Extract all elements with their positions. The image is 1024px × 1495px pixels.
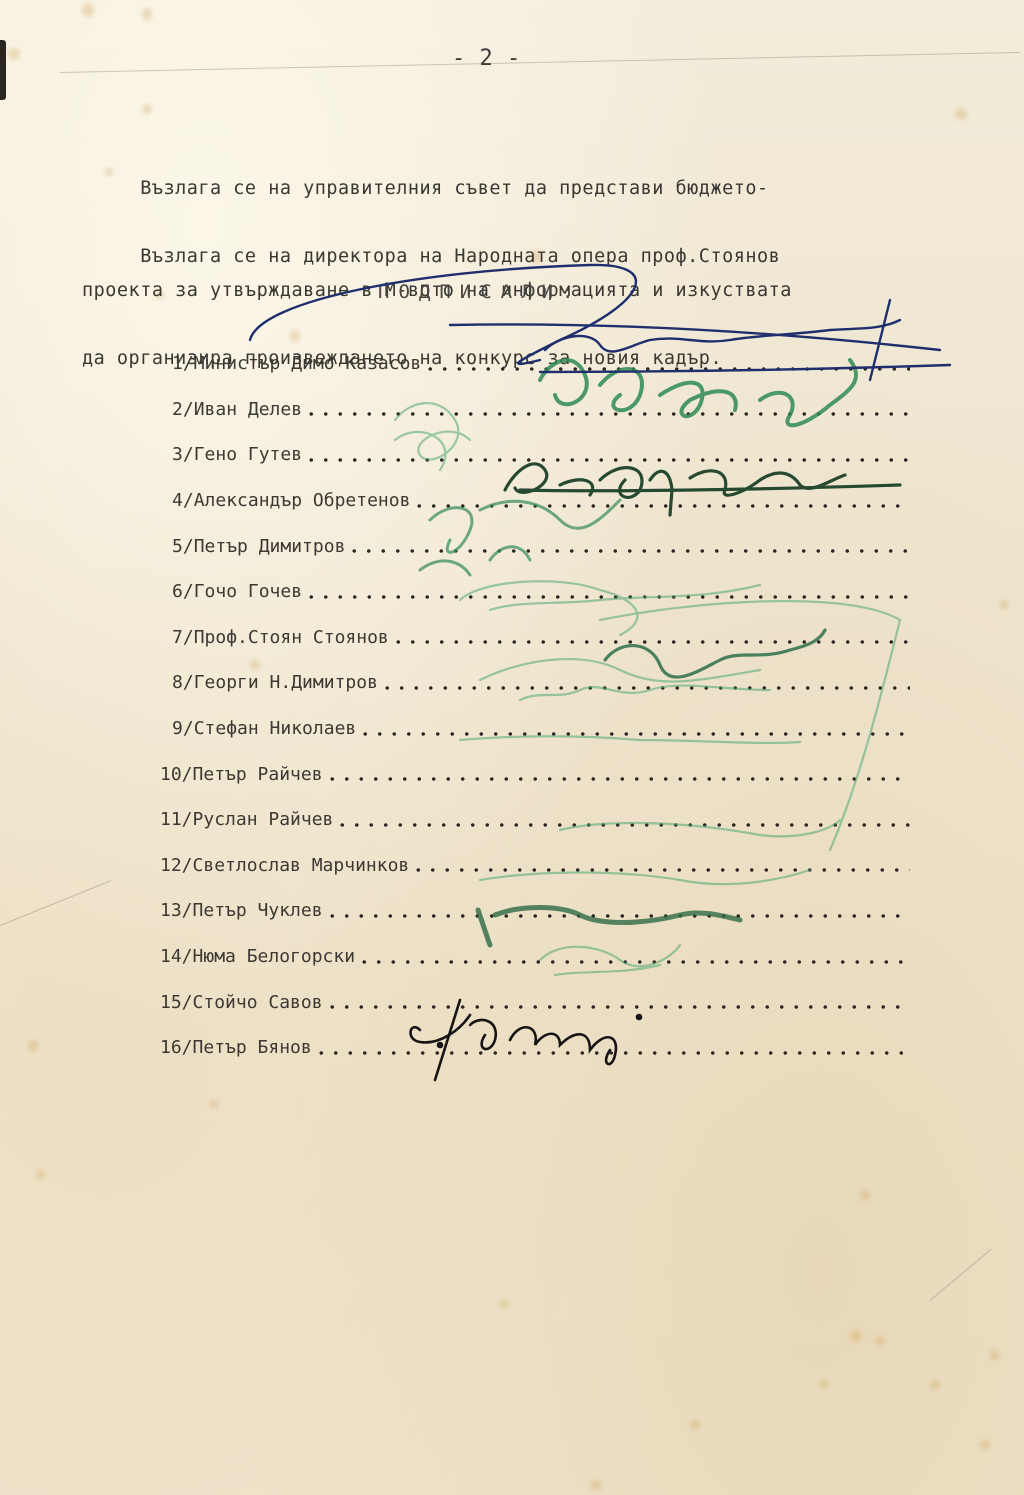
signatory-name: Проф.Стоян Стоянов xyxy=(194,627,389,648)
signatory-row: 12/Светлослав Марчинков xyxy=(160,843,920,889)
signatory-name: Светлослав Марчинков xyxy=(193,855,410,876)
signature-dotted-line xyxy=(325,777,910,781)
paragraph-line: Възлага се на директора на Народната опе… xyxy=(82,240,780,274)
signatory-name: Гочо Гочев xyxy=(194,581,302,602)
signature-dotted-line xyxy=(357,960,910,964)
signatory-number: 7/ xyxy=(160,627,194,648)
signatory-name: Стефан Николаев xyxy=(194,718,357,739)
signatory-name: Петър Райчев xyxy=(193,764,323,785)
signatory-row: 6/Гочо Гочев xyxy=(160,569,920,615)
signatory-name: Стойчо Савов xyxy=(193,992,323,1013)
page-number: - 2 - xyxy=(452,46,521,71)
signatory-number: 1/ xyxy=(160,353,194,374)
signatory-row: 3/Гено Гутев xyxy=(160,432,920,478)
signatory-row: 11/Руслан Райчев xyxy=(160,797,920,843)
signature-dotted-line xyxy=(358,732,910,736)
signature-dotted-line xyxy=(347,549,910,553)
signatory-name: Министър Димо Казасов xyxy=(194,353,422,374)
signatory-name: Руслан Райчев xyxy=(193,809,334,830)
signature-dotted-line xyxy=(380,686,910,690)
signatory-row: 9/Стефан Николаев xyxy=(160,706,920,752)
signatory-name: Иван Делев xyxy=(194,399,302,420)
signatory-name: Нюма Белогорски xyxy=(193,946,356,967)
signatories-list: 1/Министър Димо Казасов2/Иван Делев3/Ген… xyxy=(160,341,920,1071)
signatory-number: 4/ xyxy=(160,490,194,511)
signature-dotted-line xyxy=(325,1005,910,1009)
signatory-row: 7/Проф.Стоян Стоянов xyxy=(160,615,920,661)
signatory-row: 15/Стойчо Савов xyxy=(160,979,920,1025)
signatory-row: 14/Нюма Белогорски xyxy=(160,934,920,980)
signature-dotted-line xyxy=(304,595,910,599)
signatory-number: 14/ xyxy=(160,946,193,967)
signature-dotted-line xyxy=(391,640,910,644)
signature-dotted-line xyxy=(304,458,910,462)
signatory-number: 3/ xyxy=(160,444,194,465)
signatory-name: Петър Бянов xyxy=(193,1037,312,1058)
signatory-name: Александър Обретенов xyxy=(194,490,411,511)
signature-dotted-line xyxy=(325,914,910,918)
signatory-number: 2/ xyxy=(160,399,194,420)
signatory-number: 10/ xyxy=(160,764,193,785)
signatory-row: 4/Александър Обретенов xyxy=(160,478,920,524)
signature-dotted-line xyxy=(412,504,910,508)
signatures-heading: ПОДПИСАЛИ: xyxy=(378,281,582,303)
page-edge-shadow xyxy=(0,40,6,100)
signature-dotted-line xyxy=(314,1051,910,1055)
signatory-number: 12/ xyxy=(160,855,193,876)
signatory-number: 16/ xyxy=(160,1037,193,1058)
signatory-row: 13/Петър Чуклев xyxy=(160,888,920,934)
signatory-name: Георги Н.Димитров xyxy=(194,672,378,693)
signatory-number: 9/ xyxy=(160,718,194,739)
signature-dotted-line xyxy=(411,868,910,872)
signatory-row: 10/Петър Райчев xyxy=(160,751,920,797)
signatory-name: Гено Гутев xyxy=(194,444,302,465)
signatory-row: 5/Петър Димитров xyxy=(160,523,920,569)
signatory-number: 15/ xyxy=(160,992,193,1013)
signature-dotted-line xyxy=(423,367,910,371)
signatory-number: 5/ xyxy=(160,536,194,557)
signature-dotted-line xyxy=(304,412,910,416)
signatory-row: 1/Министър Димо Казасов xyxy=(160,341,920,387)
document-page: - 2 - Възлага се на управителния съвет д… xyxy=(0,0,1024,1495)
signatory-number: 11/ xyxy=(160,809,193,830)
signatory-number: 6/ xyxy=(160,581,194,602)
signatory-number: 13/ xyxy=(160,900,193,921)
signatory-name: Петър Димитров xyxy=(194,536,346,557)
signatory-row: 8/Георги Н.Димитров xyxy=(160,660,920,706)
signatory-row: 16/Петър Бянов xyxy=(160,1025,920,1071)
signatory-name: Петър Чуклев xyxy=(193,900,323,921)
signatory-number: 8/ xyxy=(160,672,194,693)
signature-dotted-line xyxy=(335,823,910,827)
signatory-row: 2/Иван Делев xyxy=(160,387,920,433)
